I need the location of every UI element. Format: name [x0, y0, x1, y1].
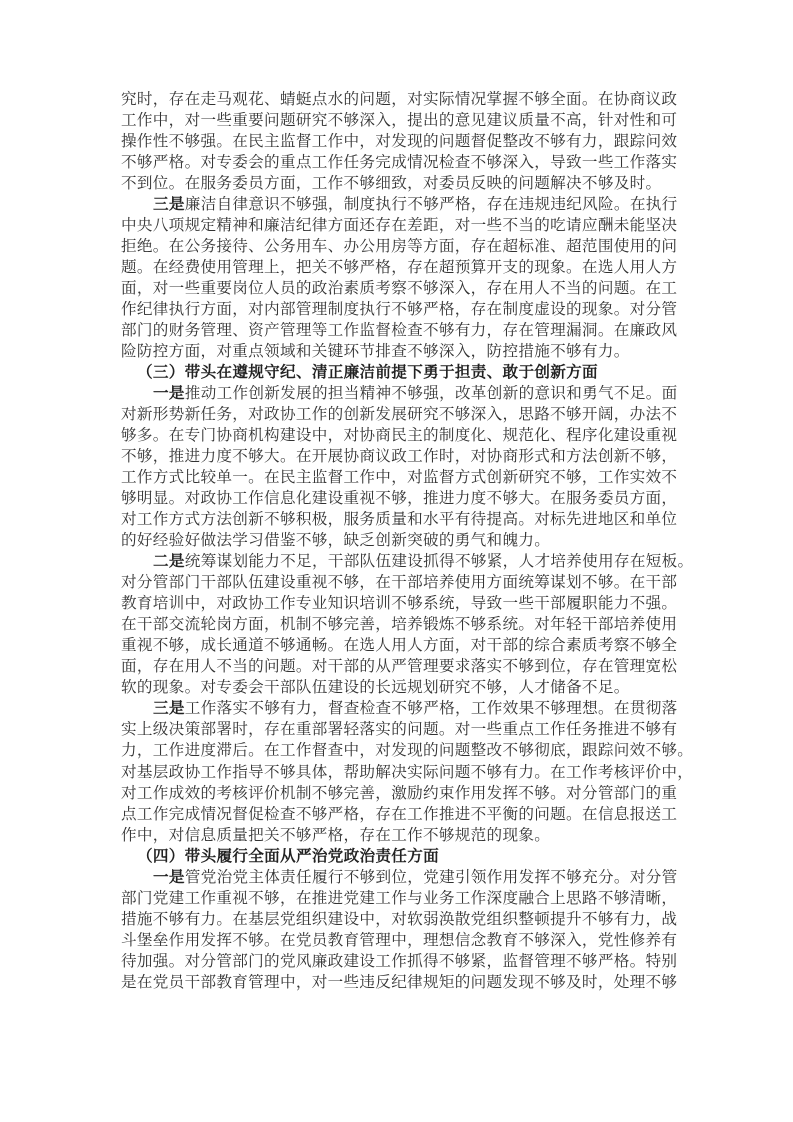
- text-line: 教育培训中，对政协工作专业知识培训不够系统，导致一些干部履职能力不强。: [121, 593, 673, 614]
- text-line: 面，对一些重要岗位人员的政治素质考察不够深入，存在用人不当的问题。在工: [121, 278, 673, 299]
- text-line: 部门的财务管理、资产管理等工作监督检查不够有力，存在管理漏洞。在廉政风: [121, 320, 673, 341]
- text-line: 作中，对信息质量把关不够严格，存在工作不够规范的现象。: [121, 825, 673, 846]
- text-line: 部门党建工作重视不够，在推进党建工作与业务工作深度融合上思路不够清晰，: [121, 888, 673, 909]
- text-line: 工作方式比较单一。在民主监督工作中，对监督方式创新研究不够，工作实效不: [121, 467, 673, 488]
- text-line: 够明显。对政协工作信息化建设重视不够，推进力度不够大。在服务委员方面，: [121, 488, 673, 509]
- item-text: 廉洁自律意识不够强，制度执行不够严格，存在违规违纪风险。在执行: [185, 196, 678, 213]
- text-line: 不到位。在服务委员方面，工作不够细致，对委员反映的问题解决不够及时。: [121, 173, 673, 194]
- paragraph-item: 一是推动工作创新发展的担当精神不够强，改革创新的意识和勇气不足。面 对新形势新任…: [121, 383, 673, 551]
- text-line: 实上级决策部署时，存在重部署轻落实的问题。对一些重点工作任务推进不够有: [121, 719, 673, 740]
- text-line: 的好经验好做法学习借鉴不够，缺乏创新突破的勇气和魄力。: [121, 530, 673, 551]
- item-lead: 三是: [153, 196, 185, 213]
- text-line: 不够严格。对专委会的重点工作任务完成情况检查不够深入，导致一些工作落实: [121, 152, 673, 173]
- text-line: 操作性不够强。在民主监督工作中，对发现的问题督促整改不够有力，跟踪问效: [121, 131, 673, 152]
- text-line: 一是管党治党主体责任履行不够到位，党建引领作用发挥不够充分。对分管: [121, 867, 673, 888]
- text-line: 对新形势新任务，对政协工作的创新发展研究不够深入，思路不够开阔，办法不: [121, 404, 673, 425]
- text-line: 不够，推进力度不够大。在开展协商议政工作时，对协商形式和方法创新不够，: [121, 446, 673, 467]
- item-lead: 三是: [153, 700, 185, 717]
- text-line: 对分管部门干部队伍建设重视不够，在干部培养使用方面统筹谋划不够。在干部: [121, 572, 673, 593]
- text-line: 斗堡垒作用发挥不够。在党员教育管理中，理想信念教育不够深入，党性修养有: [121, 930, 673, 951]
- item-text: 管党治党主体责任履行不够到位，党建引领作用发挥不够充分。对分管: [185, 869, 678, 886]
- text-line: 三是廉洁自律意识不够强，制度执行不够严格，存在违规违纪风险。在执行: [121, 194, 673, 215]
- paragraph-item: 三是工作落实不够有力，督查检查不够严格，工作效果不够理想。在贯彻落 实上级决策部…: [121, 698, 673, 845]
- text-line: 究时，存在走马观花、蜻蜓点水的问题，对实际情况掌握不够全面。在协商议政: [121, 89, 673, 110]
- text-line: 作纪律执行方面，对内部管理制度执行不够严格，存在制度虚设的现象。对分管: [121, 299, 673, 320]
- text-line: 重视不够，成长通道不够通畅。在选人用人方面，对干部的综合素质考察不够全: [121, 635, 673, 656]
- paragraph-item: 三是廉洁自律意识不够强，制度执行不够严格，存在违规违纪风险。在执行 中央八项规定…: [121, 194, 673, 362]
- text-line: 力，工作进度滞后。在工作督查中，对发现的问题整改不够彻底，跟踪问效不够。: [121, 740, 673, 761]
- text-line: 题。在经费使用管理上，把关不够严格，存在超预算开支的现象。在选人用人方: [121, 257, 673, 278]
- item-text: 推动工作创新发展的担当精神不够强，改革创新的意识和勇气不足。面: [185, 385, 678, 402]
- paragraph-item: 一是管党治党主体责任履行不够到位，党建引领作用发挥不够充分。对分管 部门党建工作…: [121, 867, 673, 993]
- item-lead: 一是: [153, 385, 185, 402]
- text-line: 对工作方式方法创新不够积极，服务质量和水平有待提高。对标先进地区和单位: [121, 509, 673, 530]
- item-text: 统筹谋划能力不足，干部队伍建设抓得不够紧，人才培养使用存在短板。: [185, 553, 694, 570]
- document-page: 究时，存在走马观花、蜻蜓点水的问题，对实际情况掌握不够全面。在协商议政 工作中，…: [121, 89, 673, 993]
- section-heading: （四）带头履行全面从严治党政治责任方面: [121, 846, 673, 867]
- text-line: 中央八项规定精神和廉洁纪律方面还存在差距，对一些不当的吃请应酬未能坚决: [121, 215, 673, 236]
- text-line: 二是统筹谋划能力不足，干部队伍建设抓得不够紧，人才培养使用存在短板。: [121, 551, 673, 572]
- item-text: 工作落实不够有力，督查检查不够严格，工作效果不够理想。在贯彻落: [185, 700, 678, 717]
- text-line: 对基层政协工作指导不够具体，帮助解决实际问题不够有力。在工作考核评价中，: [121, 762, 673, 783]
- text-line: 在干部交流轮岗方面，机制不够完善，培养锻炼不够系统。对年轻干部培养使用: [121, 614, 673, 635]
- text-line: 工作中，对一些重要问题研究不够深入，提出的意见建议质量不高，针对性和可: [121, 110, 673, 131]
- item-lead: 一是: [153, 869, 185, 886]
- text-line: 拒绝。在公务接待、公务用车、办公用房等方面，存在超标准、超范围使用的问: [121, 236, 673, 257]
- text-line: 软的现象。对专委会干部队伍建设的长远规划研究不够，人才储备不足。: [121, 677, 673, 698]
- text-line: 够多。在专门协商机构建设中，对协商民主的制度化、规范化、程序化建设重视: [121, 425, 673, 446]
- text-line: 是在党员干部教育管理中，对一些违反纪律规矩的问题发现不够及时，处理不够: [121, 972, 673, 993]
- text-line: 对工作成效的考核评价机制不够完善，激励约束作用发挥不够。对分管部门的重: [121, 783, 673, 804]
- text-line: 三是工作落实不够有力，督查检查不够严格，工作效果不够理想。在贯彻落: [121, 698, 673, 719]
- text-line: 措施不够有力。在基层党组织建设中，对软弱涣散党组织整顿提升不够有力，战: [121, 909, 673, 930]
- text-line: 待加强。对分管部门的党风廉政建设工作抓得不够紧，监督管理不够严格。特别: [121, 951, 673, 972]
- text-line: 险防控方面，对重点领域和关键环节排查不够深入，防控措施不够有力。: [121, 341, 673, 362]
- section-heading: （三）带头在遵规守纪、清正廉洁前提下勇于担责、敢于创新方面: [121, 362, 673, 383]
- text-line: 点工作完成情况督促检查不够严格，存在工作推进不平衡的问题。在信息报送工: [121, 804, 673, 825]
- paragraph-continued: 究时，存在走马观花、蜻蜓点水的问题，对实际情况掌握不够全面。在协商议政 工作中，…: [121, 89, 673, 194]
- text-line: 一是推动工作创新发展的担当精神不够强，改革创新的意识和勇气不足。面: [121, 383, 673, 404]
- item-lead: 二是: [153, 553, 185, 570]
- paragraph-item: 二是统筹谋划能力不足，干部队伍建设抓得不够紧，人才培养使用存在短板。 对分管部门…: [121, 551, 673, 698]
- text-line: 面，存在用人不当的问题。对干部的从严管理要求落实不够到位，存在管理宽松: [121, 656, 673, 677]
